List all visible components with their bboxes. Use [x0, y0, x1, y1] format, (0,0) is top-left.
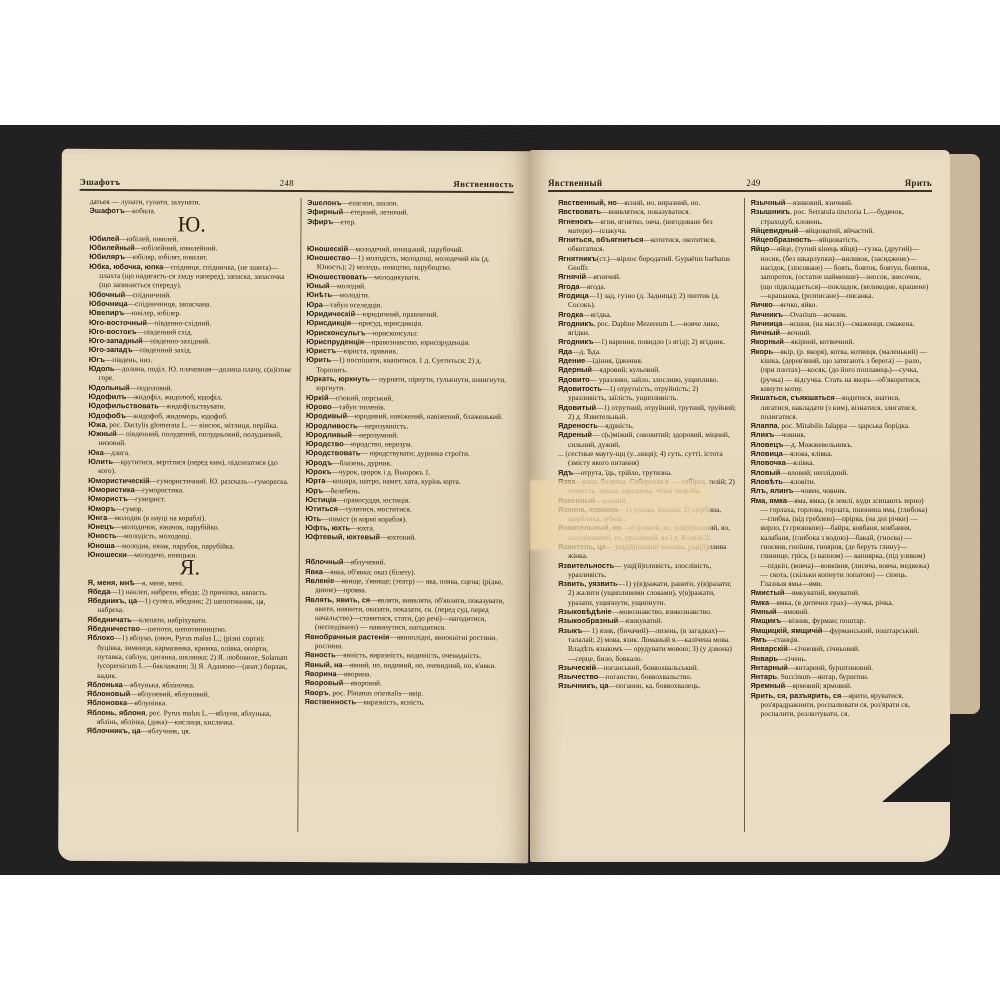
- headword: Юмористическій: [88, 476, 150, 485]
- definition: —дзига.: [104, 448, 130, 457]
- headword: Языковѣдѣніе: [558, 607, 612, 616]
- headword: Яблоновый: [87, 689, 130, 698]
- headword: Южа: [88, 420, 105, 429]
- headword: Явность: [305, 650, 336, 659]
- definition: —виявлятися, показуватися.: [601, 207, 690, 216]
- dictionary-entry: Южный— південний, полудений, полудньовий…: [88, 429, 293, 449]
- headword: Ягодникъ: [558, 319, 594, 328]
- dictionary-entry: Яйцеобразность—яйцюватість.: [751, 235, 931, 244]
- dictionary-entry: Яремный—ярмовий; ярмовий.: [751, 681, 931, 690]
- definition: —правознавство, юриспруденція.: [364, 337, 470, 347]
- headword: Якшаться, съякшаться: [751, 393, 835, 402]
- dictionary-entry: Ядовитость—1) отрутність, отруйність; 2)…: [558, 384, 738, 403]
- dictionary-entry: Языкъ— 1) язик, (бичачий)—лизень, (в заг…: [558, 626, 738, 663]
- definition: —тулитися, моститися.: [338, 504, 412, 513]
- headword: Юристъ: [306, 346, 336, 355]
- definition: — 1) язик, (бичачий)—лизень, (в загадках…: [568, 626, 732, 663]
- tape-repair: [530, 480, 710, 550]
- definition: , рос. Platanus orientalis—явір.: [329, 688, 424, 697]
- definition: —ярмовий; ярмовий.: [785, 681, 852, 690]
- headword: Яремный: [751, 681, 786, 690]
- headword: Яловѣть: [751, 477, 783, 486]
- definition: —молодіти.: [332, 291, 370, 300]
- running-head-last-word: Явственность: [453, 179, 513, 189]
- definition: —гумористичний. Ю. разсказъ—гумореска.: [150, 476, 289, 486]
- headword: Ягнятникъ: [558, 254, 597, 263]
- definition: —язикуватий.: [618, 616, 662, 625]
- dictionary-entry: Ялаппа, рос. Mirabilis Jalappa — царська…: [751, 421, 931, 430]
- definition: —поміст (в кормі корабля).: [321, 514, 407, 523]
- headword: Ядение: [558, 356, 585, 365]
- definition: —якір, (р. якоря), котва, котвиця, (мале…: [761, 347, 928, 393]
- headword: Явственность: [304, 697, 356, 706]
- headword: Юфтевый, юхтевый: [305, 532, 380, 541]
- dictionary-entry: Эфиръ—етер.: [307, 217, 512, 227]
- headword: Язычество: [558, 672, 598, 681]
- dictionary-entry: Яблочникъ, ца—яблучник, ця.: [87, 726, 292, 736]
- running-head: Явственный 249 Ярить: [548, 168, 932, 192]
- dictionary-entry: Явствовать—виявлятися, показуватися.: [558, 207, 738, 216]
- headword: Ягненокъ: [558, 217, 593, 226]
- headword: Язышникъ: [751, 207, 791, 216]
- definition: —яблучник, ця.: [141, 727, 191, 736]
- definition: —блазень, дурник.: [332, 458, 392, 467]
- definition: —станція.: [767, 635, 799, 644]
- definition: —спідничний.: [125, 290, 171, 299]
- headword: Юрисконсультъ: [306, 328, 365, 337]
- headword: Юркать, юркнуть: [306, 374, 370, 383]
- dictionary-entry: Явленіе—явище, з'явище; (театр) — ява, п…: [305, 576, 510, 596]
- definition: — уразливо, зайло, злосливо, ущипливо.: [590, 375, 719, 384]
- headword: Эфиръ: [307, 217, 333, 226]
- headword: Юдольный: [89, 383, 130, 392]
- page-248: Эшафотъ 248 Явственность датьея — лунати…: [58, 149, 532, 863]
- running-head: Эшафотъ 248 Явственность: [80, 167, 514, 193]
- dictionary-entry: Ядреный— с(ь)міжий, соковитий; здоровий,…: [558, 430, 738, 449]
- dictionary-entry: Явнобрачныя растенія—явноплідні, явнокві…: [305, 632, 510, 652]
- definition: —кошара, шатро, намет, хата, курінь юрта…: [325, 476, 460, 486]
- definition: —явка, об'явка; оказ (білету).: [323, 567, 416, 576]
- headword: Юрисдикція: [306, 318, 351, 327]
- dictionary-entry: Ягода—ягода.: [558, 282, 738, 291]
- headword: Яловица: [751, 449, 783, 458]
- definition: —табун оселедців.: [323, 300, 383, 309]
- headword: Юродствовать: [306, 448, 361, 457]
- headword: Язычный: [751, 198, 786, 207]
- headword: Юстиція: [306, 495, 337, 504]
- headword: Юнецъ: [88, 522, 114, 531]
- headword: Юродство: [306, 439, 344, 448]
- headword: Ягниться, объягниться: [558, 235, 643, 244]
- headword: Языкообразный: [558, 616, 618, 625]
- dictionary-entry: Яма, ямка—яма, ямка, (в землі, куди зсип…: [751, 496, 931, 589]
- definition: —мовознавство, язикознавство.: [612, 607, 712, 616]
- headword: Ють: [305, 514, 321, 523]
- definition: —д. Можжевельникъ.: [783, 440, 852, 449]
- headword: Юношество: [307, 253, 351, 262]
- headword: Ямщикъ: [751, 616, 782, 625]
- dictionary-entry: Янтарный—янтарний, бурштиновий.: [751, 663, 931, 672]
- definition: —юродство, нерозум.: [344, 439, 413, 448]
- headword: Ямный: [751, 607, 777, 616]
- definition: —долина, поділ. Ю. плачевная—долина плач…: [99, 364, 292, 382]
- headword: Юго-восточный: [89, 317, 147, 326]
- headword: Юмористика: [88, 485, 135, 494]
- dictionary-entry: Языкообразный—язикуватий.: [558, 616, 738, 625]
- definition: —поганство, боввохвальство.: [598, 672, 692, 681]
- section-letter: Ю.: [89, 219, 294, 229]
- headword: Юго-западъ: [89, 345, 133, 354]
- dictionary-entry: Являть, явить, ся—являти, виявляти, об'я…: [305, 595, 510, 633]
- dictionary-entry: Январь—січень.: [751, 654, 931, 663]
- definition: —молодик (в науці на кораблі).: [107, 513, 206, 523]
- definition: —Ovarium—яєчник.: [783, 310, 848, 319]
- headword: Юдофильствовать: [88, 401, 158, 410]
- headword: Юродливость: [306, 421, 358, 430]
- dictionary-entry: Яловочка—ялівка.: [751, 458, 931, 467]
- definition: —південний захід.: [133, 346, 192, 355]
- dictionary-entry: Ядовитый—1) отрутний, отруйний, трутний,…: [558, 403, 738, 422]
- running-head-first-word: Явственный: [548, 178, 602, 188]
- headword: Эшафотъ: [90, 206, 125, 215]
- headword: Юра: [307, 300, 323, 309]
- definition: —табун тюленів.: [332, 402, 386, 411]
- headword: Явка: [305, 567, 323, 576]
- definition: —присуд, юрисдикція.: [351, 319, 423, 328]
- headword: Яблочникъ, ца: [87, 726, 141, 735]
- headword: Языческій: [558, 663, 596, 672]
- dictionary-entry: Якорь—якір, (р. якоря), котва, котвиця, …: [751, 347, 931, 393]
- definition: —нерозумність.: [358, 421, 409, 430]
- headword: Юбочный: [89, 290, 125, 299]
- headword: Юридическій: [306, 309, 355, 318]
- definition: —яблуневий, яблуновий.: [130, 689, 209, 698]
- definition: —ядровий; кульовий.: [592, 365, 660, 374]
- headword: Ядреность: [558, 421, 598, 430]
- headword: Юбка, юбочка, юпка: [89, 262, 163, 271]
- dictionary-entry: Яйцо—яйце, (тупий кінець яйця)—гузка, (д…: [751, 244, 931, 300]
- headword: Юнѣть: [307, 290, 332, 299]
- headword: Юго-западный: [89, 336, 143, 345]
- definition: —я, мене, мені.: [135, 578, 184, 587]
- dictionary-entry: Яичко—яєчко, яйко.: [751, 300, 931, 309]
- dictionary-entry: Ямщицкій, ямщичій—фурманський, поштарськ…: [751, 626, 931, 635]
- dictionary-entry: Яйцевидный—яйцюватий, яйчастий.: [751, 226, 931, 235]
- dictionary-entry: Языковѣдѣніе—мовознавство, язикознавство…: [558, 607, 738, 616]
- definition: —ялова, ялівка.: [783, 449, 833, 458]
- definition: —якірний, котвичний.: [784, 337, 855, 346]
- definition: —подоловий.: [130, 383, 173, 392]
- definition: —молодість, молодощі.: [117, 531, 192, 540]
- dictionary-entry: Яблоко—1) яблуко, (овоч, Pyrus malus L.;…: [87, 633, 292, 681]
- headword: Юръ: [306, 486, 324, 495]
- definition: —південний схід.: [137, 327, 193, 336]
- definition: —яйцюватий, яйчастий.: [798, 226, 874, 235]
- definition: —південно-західний.: [143, 336, 210, 345]
- definition: —молодикувати.: [367, 272, 420, 281]
- definition: —етерний, летючий.: [343, 208, 408, 217]
- headword: Яичница: [751, 319, 783, 328]
- dictionary-entry: Ябедникъ, ца—1) сутяга, ябедник; 2) шепо…: [87, 596, 292, 616]
- headword: Яловочка: [751, 458, 786, 467]
- definition: —ягнячий.: [586, 272, 621, 281]
- dictionary-entry: Язвить, уязвить—1) у(в)ражати, ранити, у…: [558, 579, 738, 607]
- definition: —ямка, (в дитячих грах)—лучка, річка.: [769, 598, 893, 607]
- definition: —молодичок, юначок, парубійко.: [114, 522, 219, 532]
- definition: —яєчко, яйко.: [773, 300, 817, 309]
- headword: Юлить: [88, 457, 113, 466]
- definition: —ясний, но, виразний, но.: [617, 198, 700, 207]
- headword: Ябедникъ, ца: [87, 596, 137, 605]
- headword: Юный: [307, 281, 330, 290]
- headword: Являть, явить, ся: [305, 595, 370, 604]
- headword: Юрово: [306, 402, 332, 411]
- definition: —січень.: [778, 654, 807, 663]
- dictionary-entry: Язычникъ, ца—поганин, ка, боввохвалець.: [558, 681, 738, 690]
- dictionary-entry: Явственный, но—ясний, но, виразний, но.: [558, 198, 738, 207]
- definition: —1) зад, гузно (д. Задница); 2) пиптик (…: [568, 291, 720, 309]
- headword: Юношествовать: [307, 272, 367, 281]
- headword: Юмористъ: [88, 494, 128, 503]
- definition: —юродивий, навіжений, навіжений, блажень…: [347, 412, 503, 422]
- headword: Янтарь: [751, 672, 778, 681]
- definition: —юхта.: [350, 523, 375, 532]
- dictionary-entry: Юркать, юркнуть— пурнати, пірнути, гульк…: [306, 374, 511, 394]
- definition: —човен, човник.: [793, 486, 846, 495]
- definition: —шепоти, шепотинництво.: [140, 624, 227, 633]
- definition: —1) яблуко, (овоч, Pyrus malus L.; (різн…: [97, 633, 288, 679]
- dictionary-entry: Ярить, ся, разъярить, ся—ярити, яруватис…: [751, 691, 931, 719]
- headword: Ямщицкій, ямщичій: [751, 626, 823, 635]
- headword: Ягодникъ: [558, 337, 594, 346]
- definition: —юбілей, ювилей.: [119, 234, 178, 243]
- headword: Юдоль: [89, 364, 115, 373]
- dictionary-entry: Язычный—язиковий, язичний.: [751, 198, 931, 207]
- definition: —молодечий, юнацький, парубочий.: [348, 244, 464, 254]
- dictionary-entry: Яловѣть—яловіти.: [751, 477, 931, 486]
- headword: Яда: [558, 347, 572, 356]
- definition: —нерозумний.: [352, 430, 399, 439]
- definition: —1) варення, повидло (з ягід); 2) ягідни…: [594, 337, 726, 346]
- headword: Яловый: [751, 468, 781, 477]
- dictionary-entry: Якшаться, съякшаться—водитися, знатися, …: [751, 393, 931, 421]
- definition: —південь, низ.: [105, 355, 152, 364]
- headword: Явствовать: [558, 207, 601, 216]
- headword: Янтарный: [751, 663, 788, 672]
- headword: Ямъ: [751, 635, 767, 644]
- definition: —гумористика.: [135, 485, 184, 494]
- definition: —етер.: [333, 217, 356, 226]
- dictionary-entry: Ядъ—отрута, їдь, трійло, трутизна.: [558, 468, 738, 477]
- definition: —ювілер, юбілер.: [124, 308, 181, 317]
- dictionary-entry: Юдоль—долина, поділ. Ю. плачевная—долина…: [89, 364, 294, 384]
- definition: —явище, з'явище; (театр) — ява, поява, с…: [315, 576, 503, 594]
- headword: Яворовый: [305, 678, 344, 687]
- definition: —яйце, (тупий кінець яйця)—гузка, (други…: [761, 244, 930, 299]
- definition: —спідничниця, запасчана.: [128, 299, 212, 308]
- column-right: Язычный—язиковий, язичний.Язышникъ, рос.…: [744, 198, 937, 832]
- definition: —човник.: [774, 430, 806, 439]
- definition: —виразність, ясність.: [356, 697, 425, 706]
- definition: —янтарний, бурштиновий.: [788, 663, 873, 672]
- page-number: 248: [280, 178, 294, 188]
- dictionary-entry: Ягодка—ягідка.: [558, 310, 738, 319]
- columns: датьея — лунати, гунати, залунати.Эшафот…: [80, 197, 517, 833]
- dictionary-entry: Яда—д. Ѣда.: [558, 347, 738, 356]
- definition: —візник, фурман; поштар.: [781, 616, 865, 625]
- definition: —ямкуватий, ямуватий.: [784, 588, 859, 597]
- dictionary-entry: Ядерный—ядровий; кульовий.: [558, 365, 738, 374]
- headword: Юношескій: [307, 244, 348, 253]
- open-book: Эшафотъ 248 Явственность датьея — лунати…: [60, 150, 980, 862]
- definition: —яєшня, (на маслі)—смаженця, смажена.: [782, 319, 914, 328]
- definition: —яблучевий.: [343, 558, 385, 567]
- headword: Яма, ямка: [751, 496, 788, 505]
- dictionary-entry: Яловица—ялова, ялівка.: [751, 449, 931, 458]
- dictionary-entry: Язышникъ, рос. Serratula tinctoria L.—бу…: [751, 207, 931, 226]
- headword: Язвить, уязвить: [558, 579, 618, 588]
- headword: Ябеда: [88, 587, 111, 596]
- headword: Ярить, ся, разъярить, ся: [751, 691, 842, 700]
- headword: Ядреный: [558, 430, 592, 439]
- headword: Южный: [88, 429, 116, 438]
- headword: Яворъ: [305, 688, 329, 697]
- definition: , рос. Mirabilis Jalappa — царська борід…: [778, 421, 910, 430]
- definition: —яблунiвка.: [127, 699, 167, 708]
- definition: —1) поспішати, квапитися. 1 д. Суетиться…: [316, 356, 481, 374]
- headword: Ютиться: [305, 504, 337, 513]
- dictionary-entry: Ягненокъ—ягня, ягнятко, овча, (вигодован…: [558, 217, 738, 236]
- headword: Юго-востокъ: [89, 327, 137, 336]
- dictionary-entry: Ягниться, объягниться—котитися, окотитис…: [558, 235, 738, 254]
- definition: —явність, виразність, видимість, очевидн…: [336, 651, 482, 661]
- definition: —юбілейний, ювилейний.: [135, 243, 218, 252]
- definition: ... (сестные маугу-щц (у...ниця); 4) сут…: [558, 449, 723, 467]
- headword: Юность: [88, 531, 117, 540]
- headword: Ялъ, ялинъ: [751, 486, 794, 495]
- headword: Яликъ: [751, 430, 775, 439]
- definition: —ешелон, шалон.: [342, 198, 399, 207]
- definition: , рос. Dactylis glomerata L. — вівсюк, м…: [106, 420, 279, 430]
- dictionary-entry: Яловый—яловий; неплідний.: [751, 468, 931, 477]
- headword: Ямка: [751, 598, 770, 607]
- definition: —кобила.: [125, 206, 156, 215]
- dictionary-entry: Юношество—1) молодість, молодощі, молоде…: [307, 253, 512, 273]
- headword: Яловецъ: [751, 440, 784, 449]
- definition: —поганин, ка, боввохвалець.: [609, 681, 701, 690]
- headword: Эфирный: [307, 207, 343, 216]
- definition: —гуморист.: [128, 494, 166, 503]
- dictionary-entry: Ямщикъ—візник, фурман; поштар.: [751, 616, 931, 625]
- headword: Юдофилъ: [89, 392, 127, 401]
- headword: Язычникъ, ца: [558, 681, 609, 690]
- definition: —п'юкий, порський.: [328, 393, 393, 402]
- column-right: Эшелонъ—ешелон, шалон.Эфирный—етерний, л…: [297, 198, 518, 833]
- headword: Якорный: [751, 337, 784, 346]
- headword: Явленіе: [305, 576, 334, 585]
- dictionary-entry: Яликъ—човник.: [751, 430, 931, 439]
- dictionary-entry: Ядение—їдіння, їдження.: [558, 356, 738, 365]
- dictionary-entry: Ягодникъ—1) варення, повидло (з ягід); 2…: [558, 337, 738, 346]
- headword: Яблонька: [87, 680, 123, 689]
- dictionary-entry: Юфтевый, юхтевый—юхтовий.: [305, 532, 510, 542]
- definition: —юридичний, правничий.: [355, 309, 438, 318]
- definition: — с(ь)міжий, соковитий; здоровий, міцний…: [568, 430, 730, 448]
- headword: Ямистый: [751, 588, 785, 597]
- definition: — юродствувати; дурника строїти.: [360, 449, 469, 459]
- definition: —юхтовий.: [380, 533, 416, 542]
- headword: Языкъ: [558, 626, 582, 635]
- headword: Юрить: [306, 356, 331, 365]
- headword: Январскій: [751, 644, 788, 653]
- headword: Юфть, юхть: [305, 523, 350, 532]
- definition: —жидофоб, жидоморь, юдофоб.: [126, 411, 228, 421]
- headword: Ядовито: [558, 375, 590, 384]
- definition: —белебень.: [323, 486, 360, 495]
- headword: Ягодка: [558, 310, 583, 319]
- dictionary-entry: Яичница—яєшня, (на маслі)—смаженця, смаж…: [751, 319, 931, 328]
- dictionary-entry: Январскій—січневий, січньовий.: [751, 644, 931, 653]
- dictionary-entry: Ягнячій—ягнячий.: [558, 272, 738, 281]
- dictionary-entry: Явственность—виразність, ясність.: [304, 697, 509, 707]
- page-249: Явственный 249 Ярить Явственный, но—ясни…: [530, 150, 950, 862]
- dictionary-entry: Ялъ, ялинъ—човен, човник.: [751, 486, 931, 495]
- headword: Юка: [88, 448, 103, 457]
- definition: —д. Ѣда.: [572, 347, 601, 356]
- headword: Юбочница: [89, 299, 128, 308]
- dictionary-entry: Якорный—якірний, котвичний.: [751, 337, 931, 346]
- headword: Юркій: [306, 393, 328, 402]
- headword: Юбилей: [89, 234, 119, 243]
- definition: —яловіти.: [783, 477, 816, 486]
- dictionary-entry: Ямный—ямовий.: [751, 607, 931, 616]
- headword: Ябедничать: [87, 615, 131, 624]
- headword: Юнга: [88, 513, 107, 522]
- definition: —отрута, їдь, трійло, трутизна.: [573, 468, 672, 477]
- headword: Ябедничество: [87, 624, 140, 633]
- definition: —яблунька, яблiночка.: [123, 680, 195, 689]
- definition: —юрисконсульт.: [365, 328, 418, 337]
- book-cover-edge: [950, 154, 980, 714]
- headword: Юродливый: [306, 430, 352, 439]
- definition: —поганський, боввохвальський.: [596, 663, 699, 672]
- definition: —юриста, правник.: [336, 346, 398, 355]
- dictionary-entry: Языческій—поганський, боввохвальський.: [558, 663, 738, 672]
- headword: Яблоновка: [87, 698, 127, 707]
- headword: Ядовитость: [558, 384, 602, 393]
- dictionary-entry: Язвительность— ущі(й)пливість, злослівіс…: [558, 561, 738, 580]
- definition: —ямовий.: [777, 607, 809, 616]
- definition: —яєчний.: [780, 328, 811, 337]
- section-letter: Я.: [88, 562, 293, 572]
- headword: Ягодица: [558, 291, 589, 300]
- headword: Явственный, но: [558, 198, 617, 207]
- dictionary-entry: Юрить—1) поспішати, квапитися. 1 д. Сует…: [306, 356, 511, 376]
- dictionary-entry: ... (сестные маугу-щц (у...ниця); 4) сут…: [558, 449, 738, 468]
- headword: Ялаппа: [751, 421, 778, 430]
- definition: —молодий.: [330, 281, 366, 290]
- dictionary-entry: Яичный—яєчний.: [751, 328, 931, 337]
- dictionary-entry: Юлить—крутитися, вертітися (перед ким), …: [88, 457, 293, 477]
- definition: —яйцюватість.: [812, 235, 860, 244]
- definition: —язиковий, язичний.: [785, 198, 852, 207]
- headword: Явнобрачныя растенія: [305, 632, 390, 641]
- headword: Явный, на: [305, 660, 343, 669]
- headword: Яичный: [751, 328, 780, 337]
- headword: Юноша: [88, 541, 115, 550]
- headword: Юриспруденція: [306, 337, 364, 346]
- definition: —жидофіл, жидолюб, юдофіл.: [126, 392, 222, 402]
